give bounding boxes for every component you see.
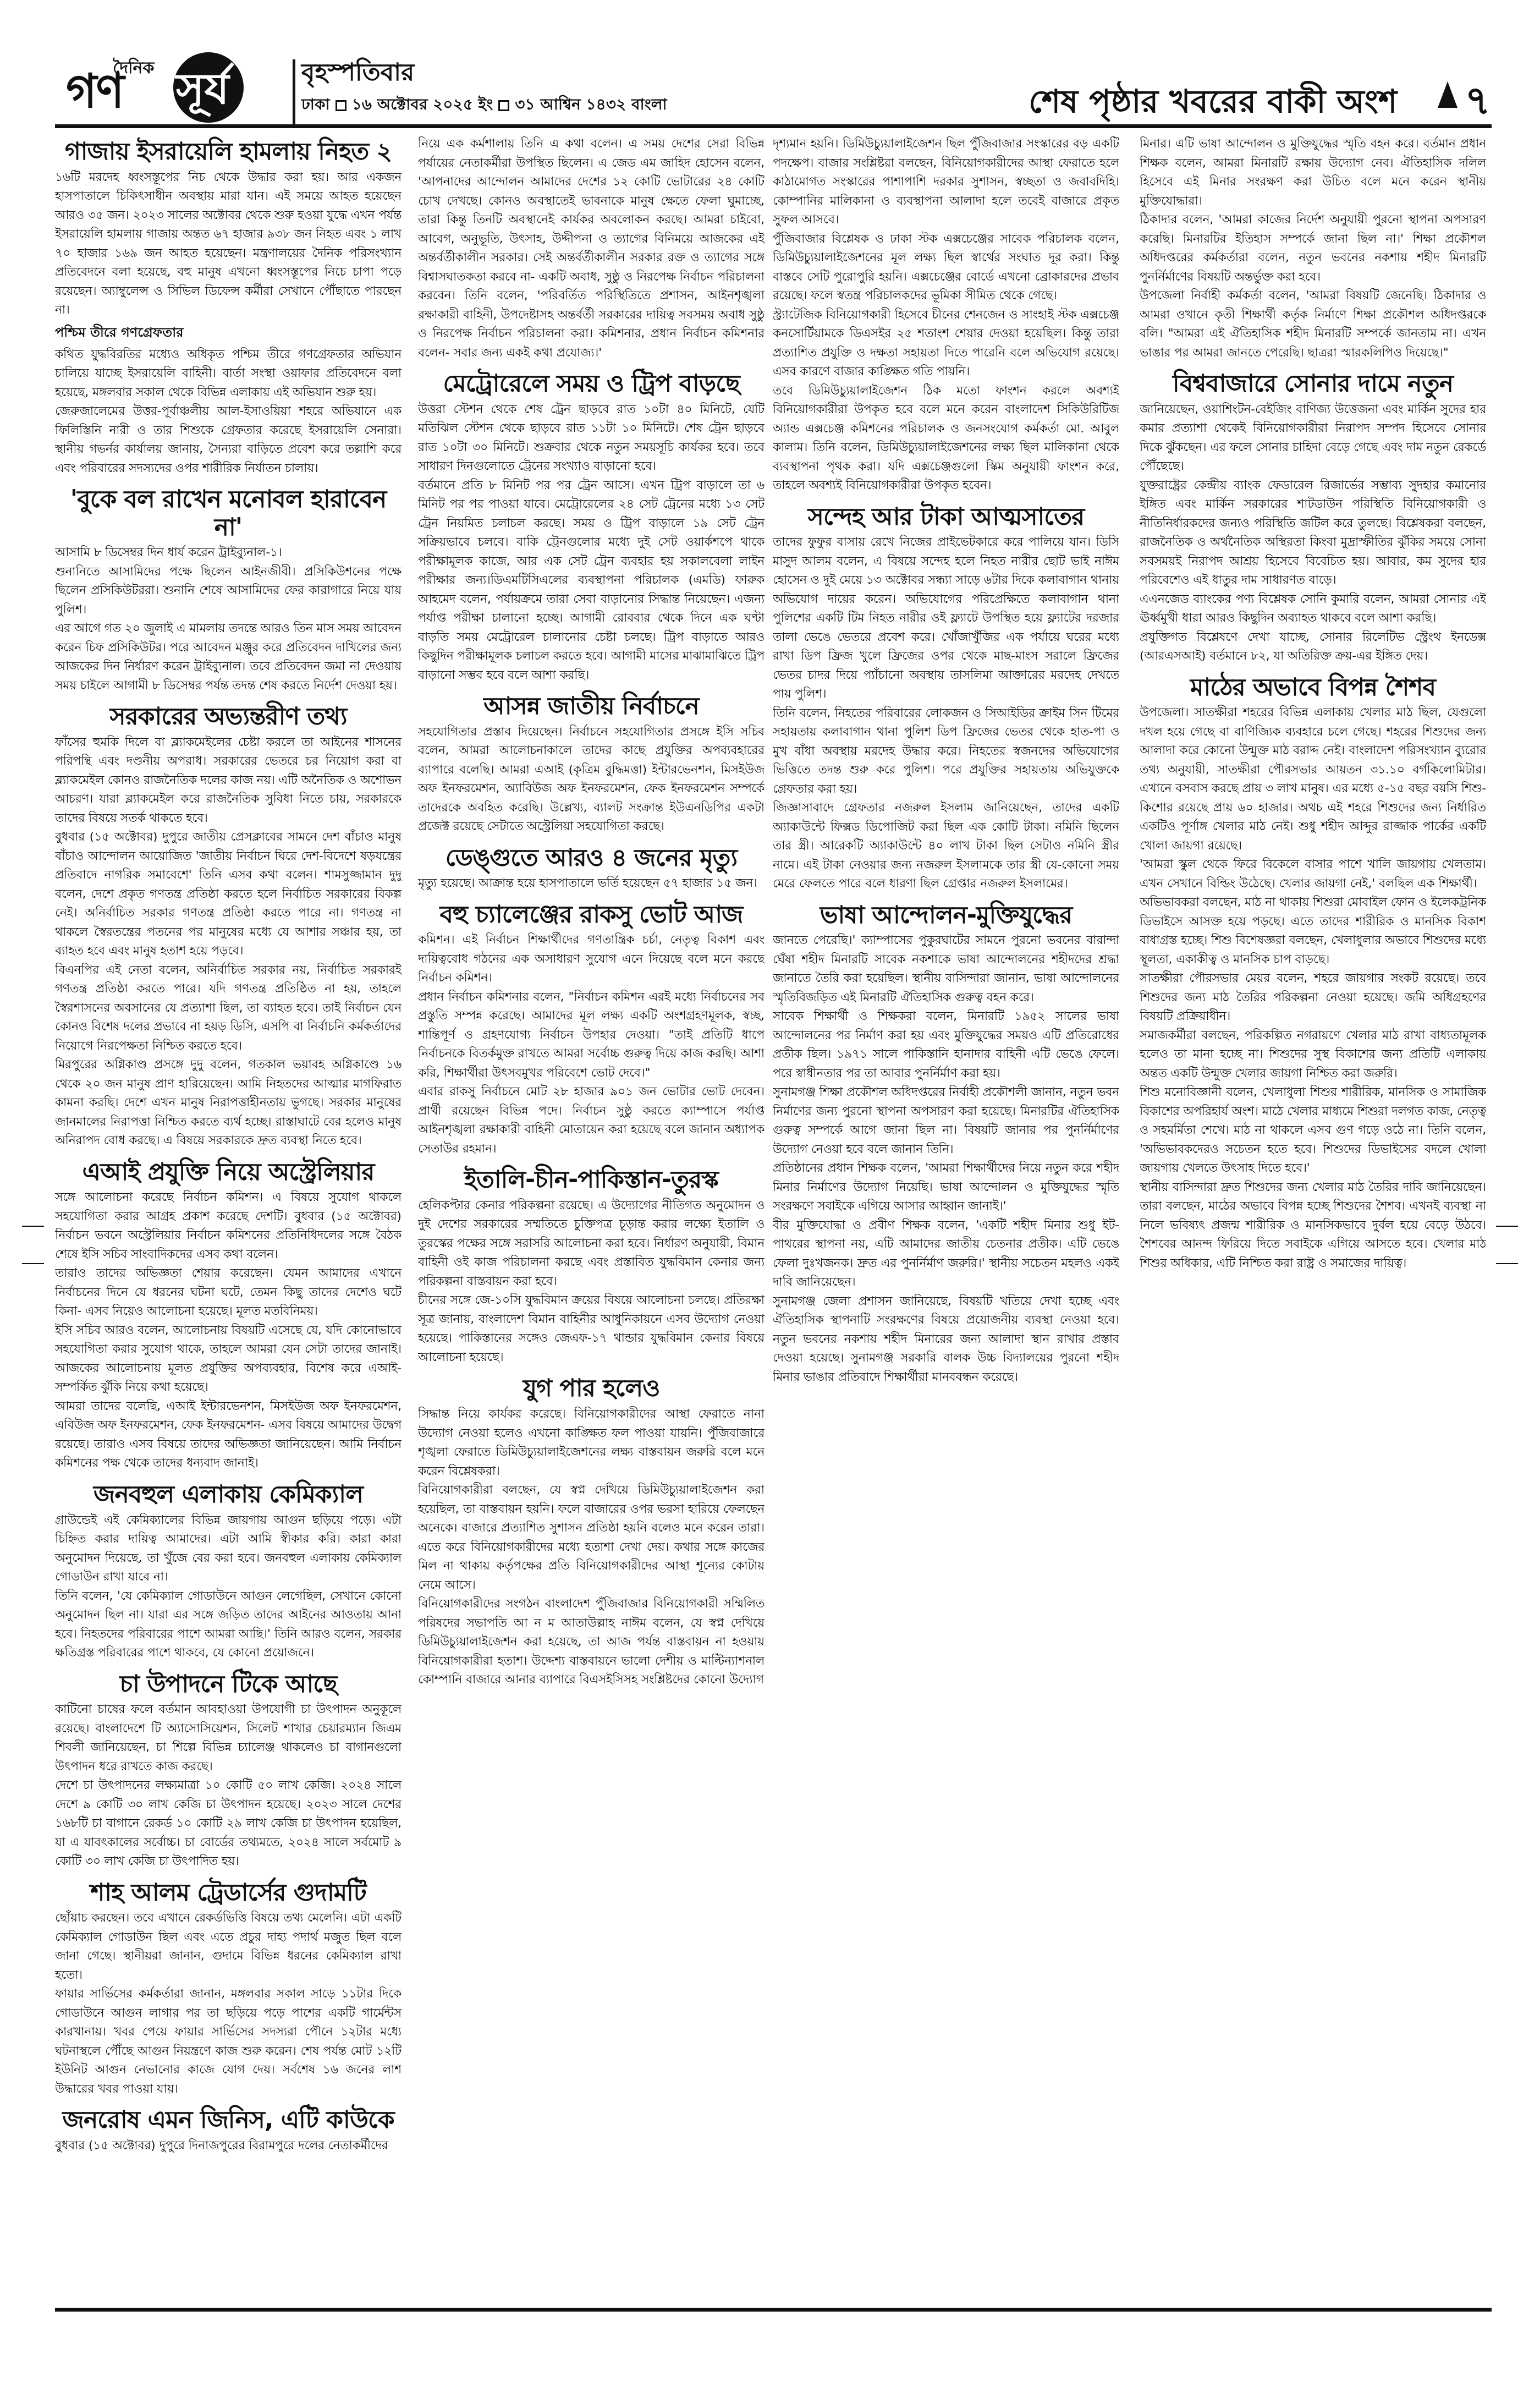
body-paragraph: জানিয়েছেন, ওয়াশিংটন-বেইজিং বাণিজ্য উত্… xyxy=(1140,400,1486,476)
news-story: সরকারের অভ্যন্তরীণ তথ্যফাঁসের হুমকি দিলে… xyxy=(55,703,402,1151)
body-paragraph: উপজেলা। সাতক্ষীরা শহরের বিভিন্ন এলাকায় … xyxy=(1140,704,1486,855)
headline[interactable]: সন্দেহ আর টাকা আত্মসাতের xyxy=(773,503,1119,531)
body-paragraph: প্রতিষ্ঠানের প্রধান শিক্ষক বলেন, 'আমরা শ… xyxy=(773,1159,1119,1216)
news-story: দৃশ্যমান হয়নি। ডিমিউচ্যুয়ালাইজেশন ছিল … xyxy=(773,135,1119,496)
body-paragraph: তিনি বলেন, 'যে কেমিক্যাল গোডাউনে আগুন লে… xyxy=(55,1587,402,1663)
city: ঢাকা xyxy=(301,92,330,118)
date-gregorian: ১৬ অক্টোবর ২০২৫ ইং xyxy=(352,92,493,118)
body-paragraph: চীনের সঙ্গে জে-১০সি যুদ্ধবিমান ক্রয়ের ব… xyxy=(418,1291,765,1367)
weekday: বৃহস্পতিবার xyxy=(301,59,414,86)
news-story: মাঠের অভাবে বিপন্ন শৈশবউপজেলা। সাতক্ষীরা… xyxy=(1140,674,1486,1274)
news-story: জনরোষ এমন জিনিস, এটি কাউকেবুধবার (১৫ অক্… xyxy=(55,2106,402,2155)
body-paragraph: বিএনপির এই নেতা বলেন, অনির্বাচিত সরকার ন… xyxy=(55,961,402,1056)
masthead-divider xyxy=(293,59,295,124)
bottom-rule xyxy=(55,2308,1492,2312)
news-story: সন্দেহ আর টাকা আত্মসাতেরতাদের ফুফুর বাসা… xyxy=(773,503,1119,894)
square-bullet-icon xyxy=(498,100,509,111)
news-story: আসন্ন জাতীয় নির্বাচনেসহযোগিতার প্রস্তাব… xyxy=(418,693,765,837)
registration-mark xyxy=(1496,1263,1518,1264)
news-story: ডেঙ্গুতে আরও ৪ জনের মৃত্যুমৃত্যু হয়েছে।… xyxy=(418,844,765,893)
column-3: দৃশ্যমান হয়নি। ডিমিউচ্যুয়ালাইজেশন ছিল … xyxy=(773,135,1119,2305)
news-story: চা উপাদনে টিকে আছেকাটিনো চাষের ফলে বর্তম… xyxy=(55,1671,402,1871)
body-paragraph: প্রযুক্তিগত বিশ্লেষণে দেখা যাচ্ছে, সোনার… xyxy=(1140,628,1486,666)
body-paragraph: মৃত্যু হয়েছে। আক্রান্ত হয়ে হাসপাতালে ভ… xyxy=(418,874,765,893)
news-story: গাজায় ইসরায়েলি হামলায় নিহত ২১৬টি মরদে… xyxy=(55,138,402,478)
body-paragraph: মিনার। এটি ভাষা আন্দোলন ও মুক্তিযুদ্ধের … xyxy=(1140,135,1486,211)
body-paragraph: শিশু মনোবিজ্ঞানী বলেন, খেলাধুলা শিশুর শা… xyxy=(1140,1083,1486,1178)
body-paragraph: আসামি ৮ ডিসেম্বর দিন ধার্য করেন ট্রাইব্য… xyxy=(55,544,402,563)
column-4: মিনার। এটি ভাষা আন্দোলন ও মুক্তিযুদ্ধের … xyxy=(1140,135,1486,2305)
subheading: পশ্চিম তীরে গণগ্রেফতার xyxy=(55,322,402,344)
headline[interactable]: মেট্রোরেলে সময় ও ট্রিপ বাড়ছে xyxy=(418,370,765,398)
body-paragraph: বিনিয়োগকারীরা বলছেন, যে স্বপ্ন দেখিয়ে … xyxy=(418,1481,765,1595)
body-paragraph: ফাঁসের হুমকি দিলে বা ব্ল্যাকমেইলের চেষ্ট… xyxy=(55,733,402,828)
body-paragraph: সিদ্ধান্ত নিয়ে কার্যকর করেছে। বিনিয়োগক… xyxy=(418,1405,765,1481)
body-paragraph: পুঁজিবাজার বিশ্লেষক ও ঢাকা স্টক এক্সচেঞ্… xyxy=(773,230,1119,306)
body-paragraph: ছোঁয়াচ করছেন। তবে এখানে রেকর্ডভিত্তি বি… xyxy=(55,1909,402,1985)
body-paragraph: দেশে চা উৎপাদনের লক্ষ্যমাত্রা ১০ কোটি ৫০… xyxy=(55,1776,402,1871)
headline[interactable]: জনরোষ এমন জিনিস, এটি কাউকে xyxy=(55,2106,402,2134)
headline[interactable]: ডেঙ্গুতে আরও ৪ জনের মৃত্যু xyxy=(418,844,765,872)
news-story: মিনার। এটি ভাষা আন্দোলন ও মুক্তিযুদ্ধের … xyxy=(1140,135,1486,363)
news-story: যুগ পার হলেওসিদ্ধান্ত নিয়ে কার্যকর করেছ… xyxy=(418,1375,765,1689)
body-paragraph: অভিভাবকরা বলছেন, মাঠ না থাকায় শিশুরা মো… xyxy=(1140,893,1486,969)
body-paragraph: 'আমরা স্কুল থেকে ফিরে বিকেলে বাসার পাশে … xyxy=(1140,855,1486,893)
logo-text-part1: গণ xyxy=(66,68,123,115)
body-paragraph: সঙ্গে আলোচনা করেছে নির্বাচন কমিশন। এ বিষ… xyxy=(55,1188,402,1264)
body-paragraph: যুক্তরাষ্ট্রের কেন্দ্রীয় ব্যাংক ফেডারেল… xyxy=(1140,476,1486,590)
body-paragraph: বুধবার (১৫ অক্টোবর) দুপুরে জাতীয় প্রেসক… xyxy=(55,828,402,961)
body-paragraph: কথিত যুদ্ধবিরতির মধ্যেও অধিকৃত পশ্চিম তী… xyxy=(55,345,402,403)
headline[interactable]: এআই প্রযুক্তি নিয়ে অস্ট্রেলিয়ার xyxy=(55,1159,402,1187)
registration-mark xyxy=(1496,1226,1518,1227)
body-paragraph: নিয়ে এক কর্মশালায় তিনি এ কথা বলেন। এ স… xyxy=(418,135,765,363)
body-paragraph: এর আগে গত ২০ জুলাই এ মামলায় তদন্তে আরও … xyxy=(55,619,402,695)
body-paragraph: ইসি সচিব আরও বলেন, আলোচনায় বিষয়টি এসেছ… xyxy=(55,1321,402,1397)
logo-text-part2: সূর্য xyxy=(176,68,229,111)
news-story: শাহ আলম ট্রেডার্সের গুদামটিছোঁয়াচ করছেন… xyxy=(55,1879,402,2099)
body-paragraph: কাটিনো চাষের ফলে বর্তমান আবহাওয়া উপযোগী… xyxy=(55,1700,402,1776)
news-story: ভাষা আন্দোলন-মুক্তিযুদ্ধেরজানতে পেরেছি।'… xyxy=(773,902,1119,1387)
body-paragraph: দৃশ্যমান হয়নি। ডিমিউচ্যুয়ালাইজেশন ছিল … xyxy=(773,135,1119,230)
dateline: ঢাকা ১৬ অক্টোবর ২০২৫ ইং ৩১ আশ্বিন ১৪৩২ ব… xyxy=(301,92,667,118)
masthead: দৈনিক গণ সূর্য বৃহস্পতিবার ঢাকা ১৬ অক্টো… xyxy=(0,0,1540,132)
headline[interactable]: 'বুকে বল রাখেন মনোবল হারাবেন না' xyxy=(55,486,402,541)
body-paragraph: এবার রাকসু নির্বাচনে মোট ২৮ হাজার ৯০১ জন… xyxy=(418,1083,765,1159)
body-paragraph: সহযোগিতার প্রস্তাব দিয়েছেন। নির্বাচনে স… xyxy=(418,723,765,837)
body-paragraph: প্রধান নির্বাচন কমিশনার বলেন, "নির্বাচন … xyxy=(418,988,765,1083)
body-paragraph: এএনজেড ব্যাংকের পণ্য বিশ্লেষক সোনি কুমার… xyxy=(1140,590,1486,628)
news-story: ইতালি-চীন-পাকিস্তান-তুরস্কহেলিকপ্টার কেন… xyxy=(418,1166,765,1367)
body-paragraph: ১৬টি মরদেহ ধ্বংসস্তূপের নিচ থেকে উদ্ধার … xyxy=(55,168,402,320)
body-paragraph: উত্তরা স্টেশন থেকে শেষ ট্রেন ছাড়বে রাত … xyxy=(418,400,765,476)
triangle-icon xyxy=(1438,81,1458,108)
news-story: জনবহুল এলাকায় কেমিক্যালগ্রাউন্ডেই এই কে… xyxy=(55,1481,402,1663)
headline[interactable]: সরকারের অভ্যন্তরীণ তথ্য xyxy=(55,703,402,731)
body-paragraph: সমাজকর্মীরা বলছেন, পরিকল্পিত নগরায়ণে খে… xyxy=(1140,1027,1486,1084)
news-story: 'বুকে বল রাখেন মনোবল হারাবেন না'আসামি ৮ … xyxy=(55,486,402,695)
body-paragraph: আমরা তাদের বলেছি, এআই ইন্টারভেনশন, মিসইউ… xyxy=(55,1397,402,1473)
body-paragraph: তিনি বলেন, নিহতের পরিবারের লোকজন ও সিআইড… xyxy=(773,704,1119,799)
registration-mark xyxy=(22,1226,44,1227)
headline[interactable]: চা উপাদনে টিকে আছে xyxy=(55,1671,402,1699)
body-paragraph: তবে ডিমিউচ্যুয়ালাইজেশন ঠিক মতো ফাংশন কর… xyxy=(773,382,1119,496)
body-paragraph: স্থানীয় বাসিন্দারা দ্রুত শিশুদের জন্য খ… xyxy=(1140,1178,1486,1274)
news-story: এআই প্রযুক্তি নিয়ে অস্ট্রেলিয়ারসঙ্গে আ… xyxy=(55,1159,402,1473)
news-story: নিয়ে এক কর্মশালায় তিনি এ কথা বলেন। এ স… xyxy=(418,135,765,363)
headline[interactable]: যুগ পার হলেও xyxy=(418,1375,765,1403)
section-title: শেষ পৃষ্ঠার খবরের বাকী অংশ xyxy=(1028,77,1397,130)
body-paragraph: জেরুজালেমের উত্তর-পূর্বাঞ্চলীয় আল-ইসাওয… xyxy=(55,402,402,478)
body-paragraph: বর্তমানে প্রতি ৮ মিনিট পর পর ট্রেন আসে। … xyxy=(418,476,765,685)
body-paragraph: হেলিকপ্টার কেনার পরিকল্পনা রয়েছে। এ উদ্… xyxy=(418,1196,765,1292)
body-paragraph: শুনানিতে আসামিদের পক্ষে ছিলেন আইনজীবী। প… xyxy=(55,563,402,620)
body-paragraph: জিজ্ঞাসাবাদে গ্রেফতার নজরুল ইসলাম জানিয়… xyxy=(773,799,1119,894)
body-paragraph: সুনামগঞ্জ জেলা প্রশাসন জানিয়েছে, বিষয়ট… xyxy=(773,1292,1119,1387)
body-paragraph: সাবেক শিক্ষার্থী ও শিক্ষকরা বলেন, মিনারট… xyxy=(773,1007,1119,1083)
top-rule xyxy=(55,124,1492,128)
news-story: বহু চ্যালেঞ্জের রাকসু ভোট আজকমিশন। এই নি… xyxy=(418,901,765,1159)
news-story: মেট্রোরেলে সময় ও ট্রিপ বাড়ছেউত্তরা স্ট… xyxy=(418,370,765,685)
headline[interactable]: ইতালি-চীন-পাকিস্তান-তুরস্ক xyxy=(418,1166,765,1194)
headline[interactable]: গাজায় ইসরায়েলি হামলায় নিহত ২ xyxy=(55,138,402,166)
body-paragraph: স্ট্র্যাটেজিক বিনিয়োগকারী হিসেবে চীনের … xyxy=(773,306,1119,382)
headline[interactable]: মাঠের অভাবে বিপন্ন শৈশব xyxy=(1140,674,1486,702)
headline[interactable]: বহু চ্যালেঞ্জের রাকসু ভোট আজ xyxy=(418,901,765,929)
body-paragraph: বিনিয়োগকারীদের সংগঠন বাংলাদেশ পুঁজিবাজা… xyxy=(418,1595,765,1690)
body-paragraph: ঠিকাদার বলেন, 'আমরা কাজের নির্দেশ অনুযায… xyxy=(1140,211,1486,287)
body-paragraph: সাতক্ষীরা পৌরসভার মেয়র বলেন, শহরে জায়গ… xyxy=(1140,969,1486,1027)
body-paragraph: গ্রাউন্ডেই এই কেমিক্যালের বিভিন্ন জায়গা… xyxy=(55,1511,402,1587)
column-2: নিয়ে এক কর্মশালায় তিনি এ কথা বলেন। এ স… xyxy=(418,135,765,2305)
column-1: গাজায় ইসরায়েলি হামলায় নিহত ২১৬টি মরদে… xyxy=(55,135,402,2305)
date-bengali: ৩১ আশ্বিন ১৪৩২ বাংলা xyxy=(515,92,667,118)
registration-mark xyxy=(22,1263,44,1264)
headline[interactable]: বিশ্ববাজারে সোনার দামে নতুন xyxy=(1140,370,1486,398)
body-paragraph: তারাও তাদের অভিজ্ঞতা শেয়ার করেছেন। যেমন… xyxy=(55,1264,402,1321)
headline[interactable]: শাহ আলম ট্রেডার্সের গুদামটি xyxy=(55,1879,402,1907)
square-bullet-icon xyxy=(335,100,346,111)
body-paragraph: ফায়ার সার্ভিসের কর্মকর্তারা জানান, মঙ্গ… xyxy=(55,1985,402,2099)
body-paragraph: মিরপুরের অগ্নিকাণ্ড প্রসঙ্গে দুদু বলেন, … xyxy=(55,1056,402,1151)
body-paragraph: তাদের ফুফুর বাসায় রেখে নিজের প্রাইভেটকা… xyxy=(773,533,1119,704)
body-paragraph: কমিশন। এই নির্বাচন শিক্ষার্থীদের গণতান্ত… xyxy=(418,931,765,988)
headline[interactable]: জনবহুল এলাকায় কেমিক্যাল xyxy=(55,1481,402,1509)
body-paragraph: বীর মুক্তিযোদ্ধা ও প্রবীণ শিক্ষক বলেন, '… xyxy=(773,1216,1119,1292)
headline[interactable]: ভাষা আন্দোলন-মুক্তিযুদ্ধের xyxy=(773,902,1119,930)
body-paragraph: বুধবার (১৫ অক্টোবর) দুপুরে দিনাজপুরের বি… xyxy=(55,2137,402,2156)
news-story: বিশ্ববাজারে সোনার দামে নতুনজানিয়েছেন, ও… xyxy=(1140,370,1486,666)
body-paragraph: জানতে পেরেছি।' ক্যাম্পাসের পুকুরঘাটের সা… xyxy=(773,931,1119,1007)
body-paragraph: উপজেলা নির্বাহী কর্মকর্তা বলেন, 'আমরা বি… xyxy=(1140,287,1486,363)
body-paragraph: সুনামগঞ্জ শিক্ষা প্রকৌশল অধিদপ্তরের নির্… xyxy=(773,1083,1119,1159)
newspaper-logo: দৈনিক গণ সূর্য xyxy=(61,52,275,124)
headline[interactable]: আসন্ন জাতীয় নির্বাচনে xyxy=(418,693,765,721)
